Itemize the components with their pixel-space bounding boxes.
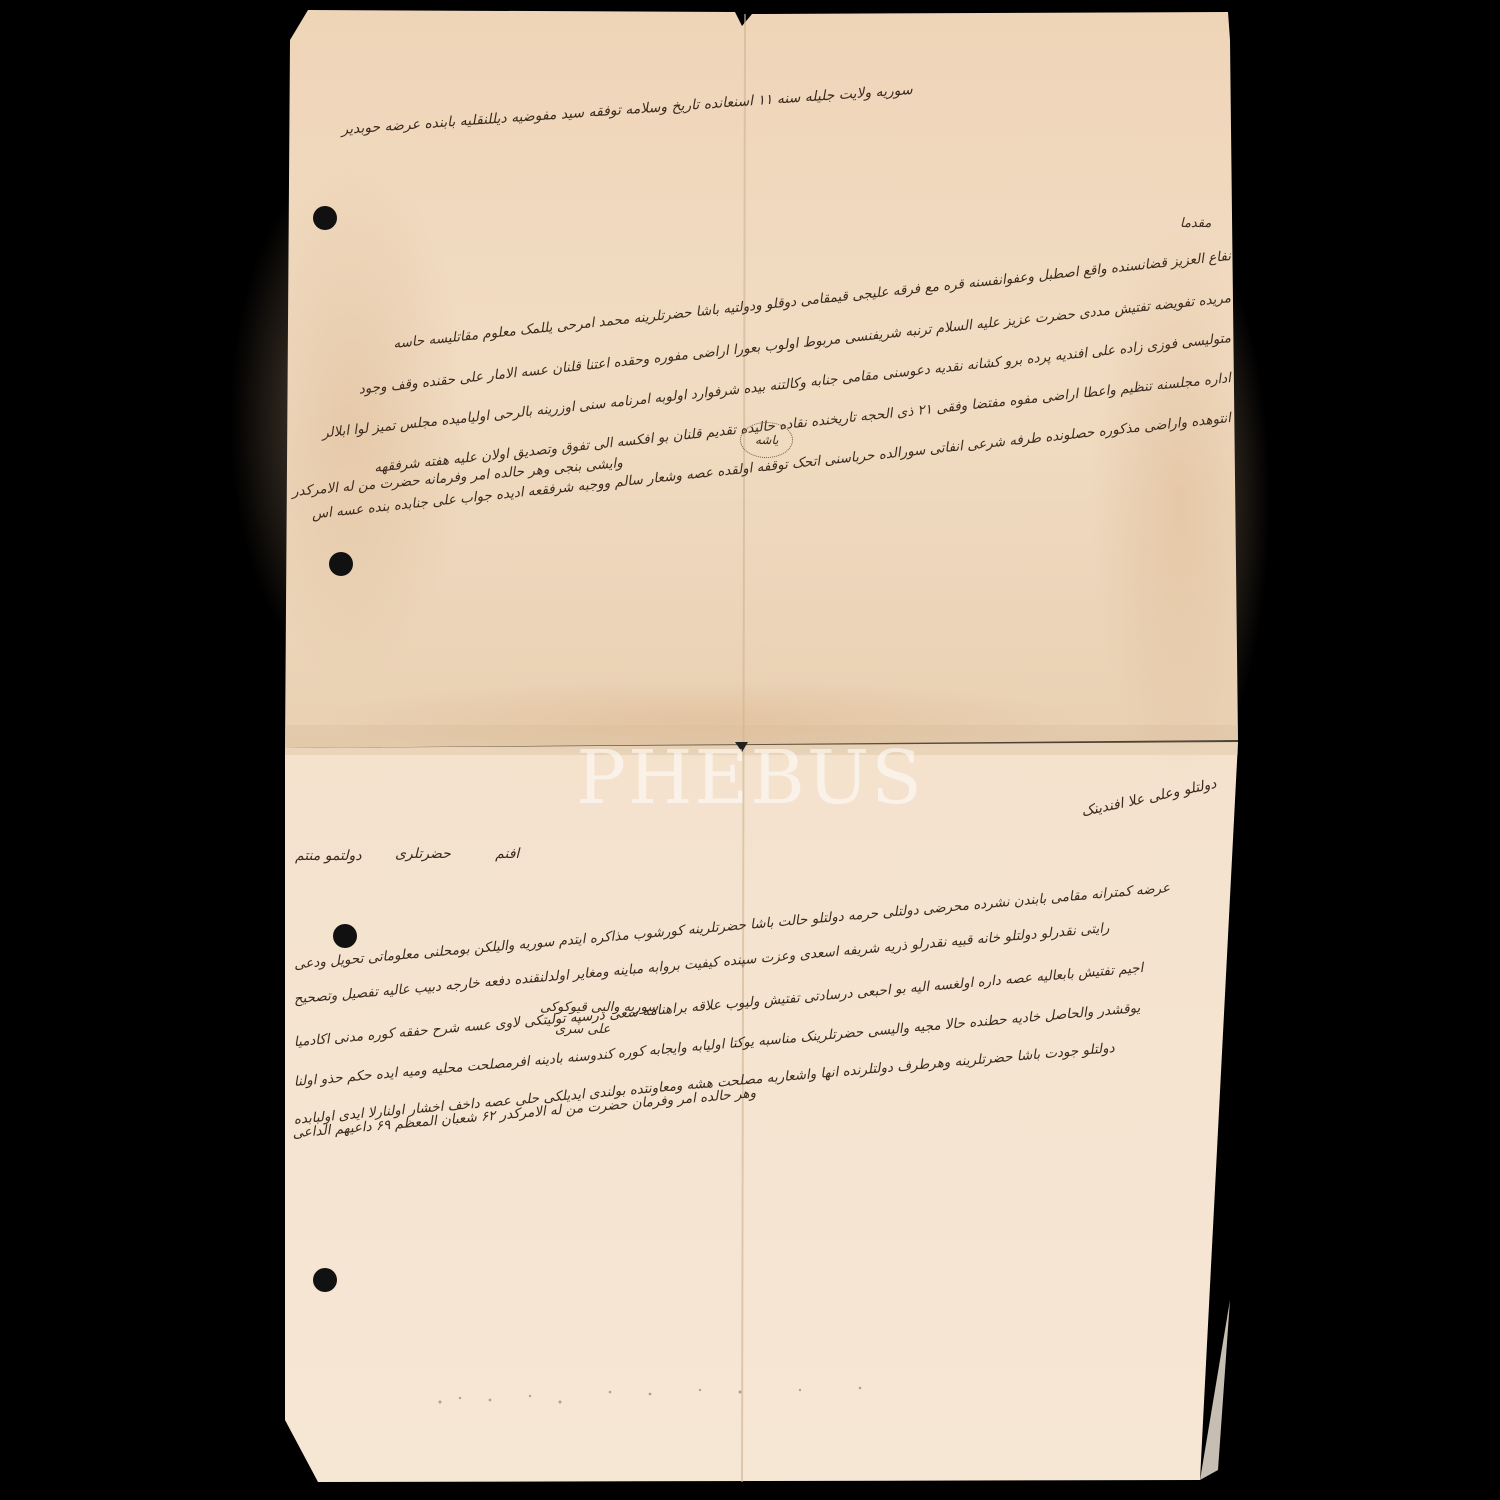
punch-hole-3 bbox=[333, 924, 357, 948]
phebus-watermark: PHEBUS bbox=[570, 735, 930, 821]
faded-ink-marks bbox=[420, 1380, 920, 1420]
margin-note: مقدما bbox=[1180, 216, 1211, 231]
seal-mark: یاشه bbox=[740, 422, 793, 458]
title-mid: افنم حضرتلری bbox=[395, 846, 519, 862]
signature-line-2: علی سری bbox=[555, 1022, 610, 1037]
punch-hole-1 bbox=[313, 206, 337, 230]
document-photo: سوریه ولایت جلیله سنه ۱۱ اسنعانده تاریخ … bbox=[0, 0, 1500, 1500]
punch-hole-2 bbox=[329, 552, 353, 576]
punch-hole-4 bbox=[313, 1268, 337, 1292]
signature-line-1: سوریه والیی قیوکوکی bbox=[540, 1000, 658, 1015]
salutation-left: دولتمو منتم bbox=[295, 848, 362, 864]
